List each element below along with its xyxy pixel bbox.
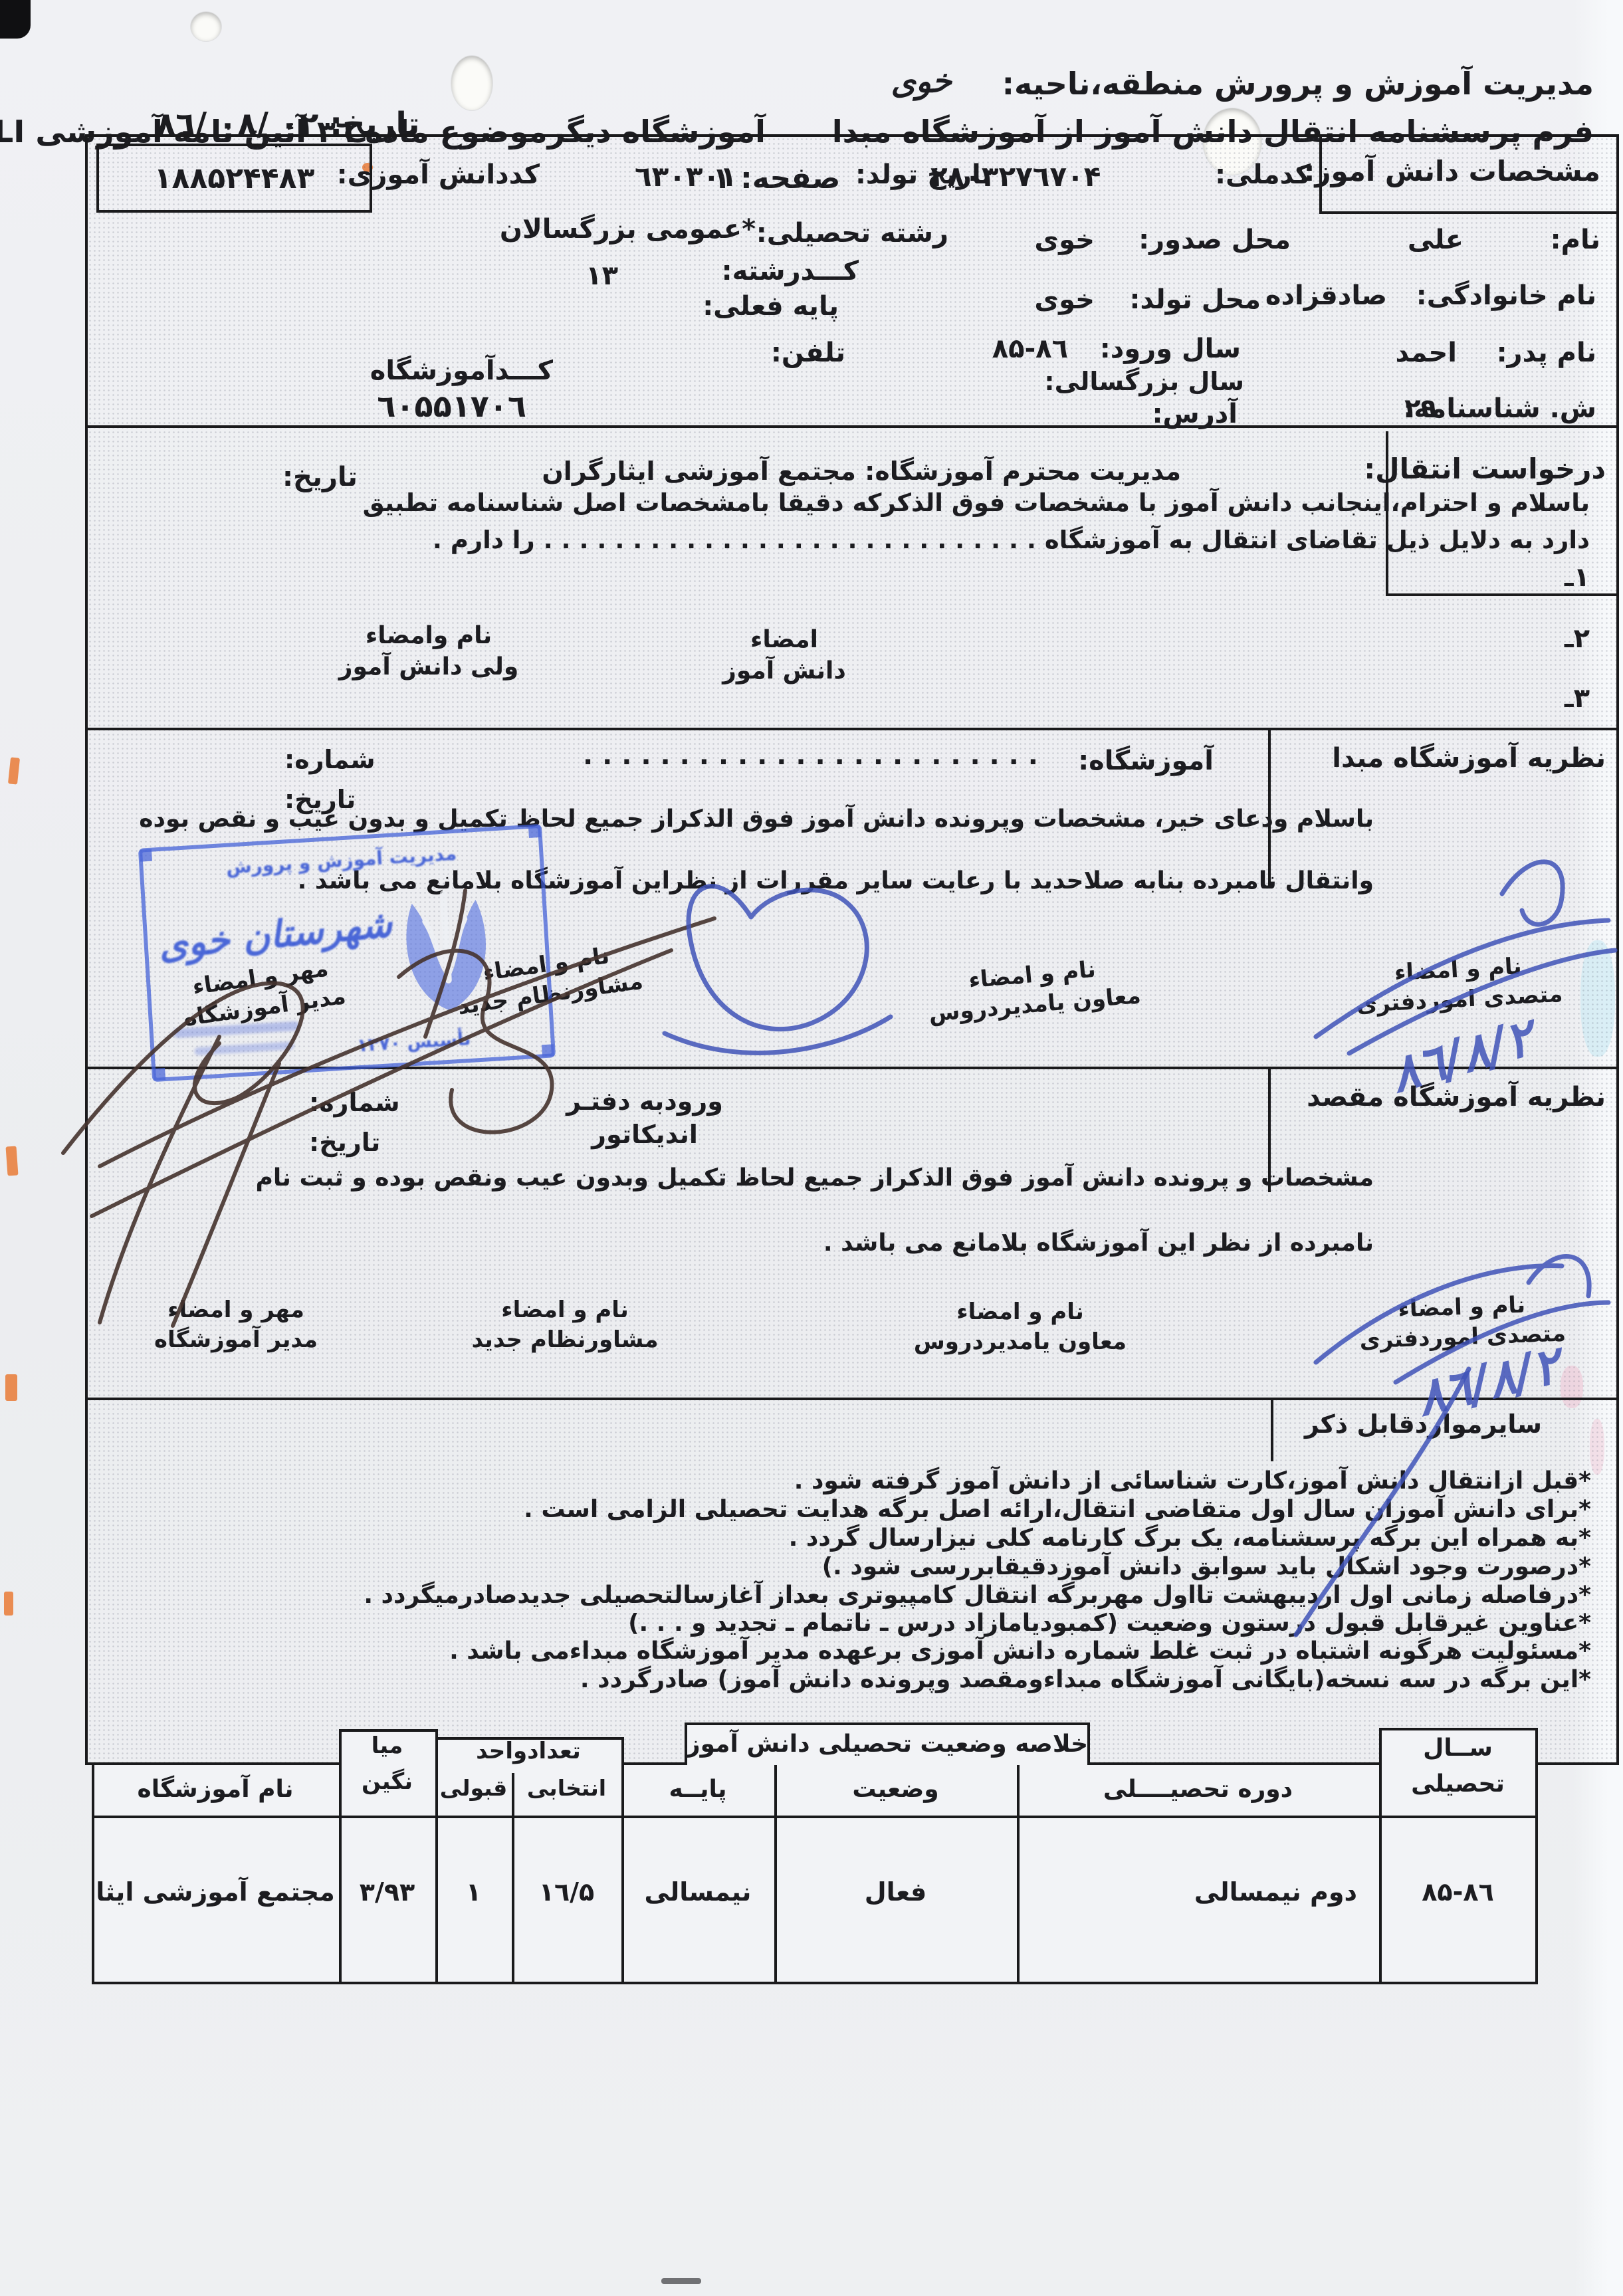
issue-place-label: محل صدور: (1138, 225, 1291, 255)
cell-border (1386, 593, 1619, 596)
student-signature-label: امضاء دانش آموز (711, 626, 857, 685)
school-name-header: نام آموزشگاه (92, 1776, 339, 1803)
stamp-emblem-icon (376, 863, 518, 1031)
transfer-body-1: باسلام و احترام،اینجانب دانش آموز با مشخ… (363, 489, 1590, 518)
birth-date-label: تاریخ تولد: (855, 159, 992, 190)
register-line: اندیکاتور (592, 1120, 698, 1150)
year-header-line1: ســال (1379, 1734, 1537, 1762)
destination-date-label: تاریخ: (309, 1128, 380, 1158)
transfer-body-2: دارد به دلایل ذیل تقاضای انتقال به آموزش… (433, 526, 1590, 555)
origin-number-label: شماره: (284, 746, 376, 775)
transfer-section-label: درخواست انتقال: (1364, 453, 1606, 485)
header-underline (92, 1816, 1538, 1818)
origin-clerk-signature-label: نام و امضاء متصدی اموردفتری (1351, 952, 1567, 1019)
transfer-item-2: ۲ـ (1565, 623, 1590, 654)
id-number-value: ۲۹ (1404, 393, 1437, 424)
divider (85, 728, 1619, 730)
origin-body-1: باسلام ودعای خیر، مشخصات وپرونده دانش آم… (139, 805, 1374, 833)
stamp-ornament (153, 1068, 165, 1081)
divider (85, 425, 1619, 428)
scan-corner-mark (0, 0, 31, 39)
transfer-date-label: تاریخ: (282, 462, 358, 492)
sign-line: مدیر آموزشگاه (154, 1327, 318, 1353)
register-line: ورودبه دفتـر (566, 1087, 723, 1116)
transfer-item-1: ۱ـ (1565, 562, 1590, 593)
selected-units-header: انتخابی (512, 1776, 621, 1801)
major-value: *عمومی بزرگسالان (500, 214, 756, 245)
units-header: تعدادواحد (435, 1738, 621, 1764)
guardian-signature-line1: نام وامضاء (366, 622, 492, 649)
row-base: نیمسالی (621, 1878, 774, 1907)
sign-line: معاون یامدیردروس (914, 1329, 1127, 1355)
student-code-value: ۱۸۸۵۲۴۴۸۳ (154, 161, 315, 195)
family-value: صادقزاده (1265, 280, 1387, 311)
origin-section-label: نظریه آموزشگاه مبدا (1332, 743, 1606, 774)
punch-hole (191, 12, 221, 41)
edge-mark (8, 757, 20, 784)
note-item: *این برگه در سه نسخه(بایگانی آموزشگاه مب… (580, 1666, 1591, 1693)
period-header: دوره تحصیــــلی (1017, 1776, 1379, 1803)
sign-line: نام و امضاء (501, 1297, 629, 1323)
sign-line: مهر و امضاء (167, 1297, 304, 1323)
passed-units-header: قبولی (435, 1776, 512, 1801)
destination-body-2: نامبرده از نظر این آموزشگاه بلامانع می ب… (823, 1229, 1374, 1257)
origin-school-label: آموزشگاه: (1078, 746, 1214, 776)
row-average: ۳/۹۳ (339, 1878, 435, 1907)
current-grade-label: پایه فعلی: (703, 291, 839, 322)
guardian-signature-line2: ولی دانش آموز (339, 653, 519, 680)
major-code-label: کـــدرشته: (722, 256, 859, 286)
edge-mark (5, 1146, 18, 1176)
school-admin-line: مدیریت محترم آموزشگاه: مجتمع آموزشی ایثا… (542, 457, 1181, 486)
student-code-box: ۱۸۸۵۲۴۴۸۳ (96, 144, 372, 213)
guardian-signature-label: نام وامضاء ولی دانش آموز (332, 622, 525, 681)
phone-label: تلفن: (771, 338, 845, 368)
column-line (339, 1765, 342, 1982)
row-period: دوم نیمسالی (1194, 1878, 1357, 1907)
stamp-text-year: تأسیس ۱۳۷۰ (356, 1029, 471, 1056)
other-notes-section-label: سایرمواردقابل ذکر (1305, 1410, 1542, 1439)
row-status: فعال (774, 1878, 1017, 1907)
table-border (92, 1762, 339, 1765)
register-entry-label: ورودبه دفتـر اندیکاتور (555, 1087, 734, 1149)
destination-advisor-signature-label: نام و امضاء مشاورنظام جدید (459, 1297, 671, 1353)
birth-place-value: خوی (1034, 284, 1095, 315)
destination-principal-stamp-label: مهر و امضاء مدیر آموزشگاه (130, 1297, 342, 1353)
handwritten-city: خوی (890, 62, 952, 101)
table-title: خلاصه وضعیت تحصیلی دانش آموز (685, 1730, 1090, 1758)
note-item: *درفاصله زمانی اول اردیبهشت تااول مهربرگ… (364, 1582, 1591, 1609)
destination-deputy-signature-label: نام و امضاء معاون یامدیردروس (914, 1299, 1127, 1355)
punch-hole (451, 56, 492, 110)
school-code-value: ٦۰۵۵۱۷۰٦ (377, 389, 526, 424)
note-item: *به همراه این برگه پرسشنامه، یک برگ کارن… (789, 1524, 1591, 1552)
stamp-ornament (140, 849, 152, 862)
average-header-line2: نگین (339, 1769, 435, 1795)
sign-line: نام و امضاء (956, 1299, 1084, 1325)
note-item: *درصورت وجود اشکال باید سوابق دانش آموزد… (822, 1553, 1591, 1580)
note-item: *برای دانش آموزان سال اول متقاضی انتقال،… (524, 1496, 1591, 1523)
stamp-ornament (542, 1044, 554, 1057)
note-item: *قبل ازانتقال دانش آموز،کارت شناسائی از … (794, 1467, 1591, 1495)
destination-section-label: نظریه آموزشگاه مقصد (1307, 1082, 1606, 1112)
student-section-label: مشخصات دانش آموز: (1304, 156, 1600, 187)
note-item: *عناوین غیرقابل قبول درستون وضعیت (کمبود… (628, 1610, 1591, 1637)
bottom-speck (661, 2278, 701, 2284)
major-label: رشته تحصیلی: (756, 218, 948, 249)
dotted-leader: . . . . . . . . . . . . . . . . . . . . … (583, 740, 1038, 771)
sign-line: نام و امضاء (1394, 954, 1522, 986)
base-header: پایــه (621, 1776, 774, 1803)
column-line (512, 1773, 514, 1982)
transfer-item-3: ۳ـ (1565, 683, 1590, 714)
student-signature-line2: دانش آموز (722, 657, 846, 684)
sign-line: مشاورنظام جدید (471, 1327, 658, 1353)
adult-year-label: سال بزرگسالی: (1044, 367, 1244, 397)
edge-mark (4, 1592, 13, 1616)
row-selected-units: ۱٦/۵ (512, 1878, 621, 1907)
entry-year-value: ۸۵-۸٦ (992, 334, 1068, 364)
birth-date-value: ٦۳۰۳۰۱ (635, 161, 737, 193)
major-code-value: ۱۳ (586, 261, 618, 291)
row-school-name: مجتمع آموزشی ایثا (92, 1878, 339, 1907)
row-year: ۸۵-۸٦ (1379, 1878, 1537, 1907)
father-value: احمد (1396, 338, 1457, 368)
birth-place-label: محل تولد: (1130, 284, 1261, 315)
year-header-line2: تحصیلی (1379, 1770, 1537, 1798)
name-value: علی (1408, 225, 1463, 255)
cell-border (1319, 211, 1619, 214)
edge-mark (5, 1374, 17, 1401)
status-header: وضعیت (774, 1776, 1017, 1803)
address-label: آدرس: (1152, 399, 1238, 429)
stamp-ornament (528, 825, 541, 838)
destination-number-label: شماره: (309, 1089, 400, 1118)
family-label: نام خانوادگی: (1416, 280, 1596, 311)
issue-place-value: خوی (1034, 225, 1095, 255)
scanned-transfer-form: مدیریت آموزش و پرورش منطقه،ناحیه: فرم پر… (0, 0, 1623, 2296)
name-label: نام: (1551, 225, 1600, 255)
sign-line: نام و امضاء (1398, 1293, 1526, 1323)
average-header-line1: میا (339, 1733, 435, 1759)
cell-border (1271, 1400, 1273, 1461)
stamp-faded-text-bar (194, 1041, 294, 1055)
note-item: *مسئولیت هرگونه اشتباه در ثبت غلط شماره … (449, 1637, 1591, 1665)
national-id-label: کدملی: (1215, 159, 1311, 190)
destination-body-1: مشخصات و پرونده دانش آموز فوق الذکراز جم… (255, 1164, 1374, 1192)
row-passed-units: ۱ (435, 1878, 512, 1907)
student-signature-line1: امضاء (750, 626, 818, 653)
ministry-line: مدیریت آموزش و پرورش منطقه،ناحیه: (1002, 66, 1594, 102)
divider (85, 1398, 1619, 1400)
father-label: نام پدر: (1497, 338, 1596, 368)
entry-year-label: سال ورود: (1100, 334, 1241, 364)
table-border (1090, 1762, 1379, 1765)
table-border (624, 1762, 685, 1765)
school-code-label: کـــدآموزشگاه (370, 356, 553, 386)
